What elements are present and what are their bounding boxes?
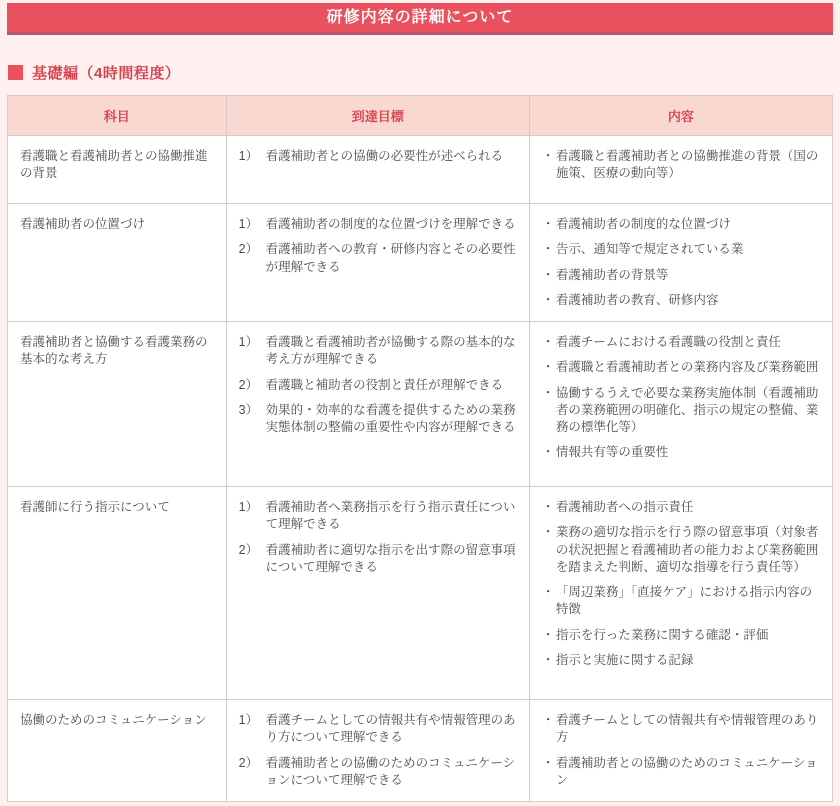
content-item: ・看護職と看護補助者との業務内容及び業務範囲: [542, 359, 822, 376]
bullet-dot-icon: ・: [542, 499, 556, 516]
bullet-dot-icon: ・: [542, 652, 556, 669]
content-text: 看護補助者の教育、研修内容: [556, 292, 822, 309]
section-heading: 基礎編（4時間程度）: [8, 62, 833, 83]
goal-number: 2）: [239, 542, 266, 577]
red-square-icon: [8, 65, 23, 80]
content-text: 看護チームにおける看護職の役割と責任: [556, 334, 822, 351]
goal-text: 看護補助者へ業務指示を行う指示責任について理解できる: [266, 499, 519, 534]
subject-cell: 看護職と看護補助者との協働推進の背景: [8, 136, 227, 204]
content-text: 看護補助者の制度的な位置づけ: [556, 216, 822, 233]
content-item: ・看護補助者の背景等: [542, 267, 822, 284]
goal-number: 3）: [239, 402, 266, 437]
bullet-dot-icon: ・: [542, 524, 556, 576]
subject-text: 看護補助者と協働する看護業務の基本的な考え方: [20, 335, 208, 366]
column-header-goals: 到達目標: [226, 96, 529, 136]
goal-text: 看護職と補助者の役割と責任が理解できる: [266, 377, 519, 394]
content-text: 看護補助者への指示責任: [556, 499, 822, 516]
content-text: 情報共有等の重要性: [556, 444, 822, 461]
table-row: 看護師に行う指示について 1）看護補助者へ業務指示を行う指示責任について理解でき…: [8, 487, 833, 700]
subject-cell: 看護補助者と協働する看護業務の基本的な考え方: [8, 322, 227, 487]
bullet-dot-icon: ・: [542, 627, 556, 644]
goal-item: 1）看護チームとしての情報共有や情報管理のあり方について理解できる: [239, 712, 519, 747]
page-title: 研修内容の詳細について: [327, 9, 514, 26]
content-text: 看護チームとしての情報共有や情報管理のあり方: [556, 712, 822, 747]
table-row: 看護補助者の位置づけ 1）看護補助者の制度的な位置づけを理解できる2）看護補助者…: [8, 204, 833, 322]
bullet-dot-icon: ・: [542, 267, 556, 284]
goal-number: 2）: [239, 241, 266, 276]
content-item: ・情報共有等の重要性: [542, 444, 822, 461]
goal-item: 2）看護補助者への教育・研修内容とその必要性が理解できる: [239, 241, 519, 276]
bullet-dot-icon: ・: [542, 385, 556, 437]
subject-text: 看護補助者の位置づけ: [20, 217, 145, 231]
subject-text: 看護職と看護補助者との協働推進の背景: [20, 149, 208, 180]
content-text: 告示、通知等で規定されている業: [556, 241, 822, 258]
content-item: ・「周辺業務」「直接ケア」における指示内容の特徴: [542, 584, 822, 619]
content-text: 看護職と看護補助者との協働推進の背景（国の施策、医療の動向等）: [556, 148, 822, 183]
bullet-dot-icon: ・: [542, 148, 556, 183]
goal-item: 3）効果的・効率的な看護を提供するための業務実態体制の整備の重要性や内容が理解で…: [239, 402, 519, 437]
content-text: 看護補助者の背景等: [556, 267, 822, 284]
contents-cell: ・看護チームにおける看護職の役割と責任・看護職と看護補助者との業務内容及び業務範…: [529, 322, 832, 487]
subject-cell: 看護補助者の位置づけ: [8, 204, 227, 322]
content-item: ・看護職と看護補助者との協働推進の背景（国の施策、医療の動向等）: [542, 148, 822, 183]
content-item: ・告示、通知等で規定されている業: [542, 241, 822, 258]
goals-cell: 1）看護チームとしての情報共有や情報管理のあり方について理解できる2）看護補助者…: [226, 700, 529, 802]
content-text: 看護職と看護補助者との業務内容及び業務範囲: [556, 359, 822, 376]
goal-item: 1）看護補助者との協働の必要性が述べられる: [239, 148, 519, 165]
content-text: 指示を行った業務に関する確認・評価: [556, 627, 822, 644]
bullet-dot-icon: ・: [542, 334, 556, 351]
content-item: ・協働するうえで必要な業務実施体制（看護補助者の業務範囲の明確化、指示の規定の整…: [542, 385, 822, 437]
goal-number: 1）: [239, 148, 266, 165]
goal-text: 効果的・効率的な看護を提供するための業務実態体制の整備の重要性や内容が理解できる: [266, 402, 519, 437]
content-text: 業務の適切な指示を行う際の留意事項（対象者の状況把握と看護補助者の能力および業務…: [556, 524, 822, 576]
content-item: ・看護補助者との協働のためのコミュニケーション: [542, 755, 822, 790]
subject-cell: 協働のためのコミュニケーション: [8, 700, 227, 802]
page: 研修内容の詳細について 基礎編（4時間程度） 科目 到達目標 内容 看護職と看護…: [0, 0, 840, 806]
goal-text: 看護補助者との協働の必要性が述べられる: [266, 148, 519, 165]
page-title-banner: 研修内容の詳細について: [7, 3, 833, 35]
table-row: 看護職と看護補助者との協働推進の背景 1）看護補助者との協働の必要性が述べられる…: [8, 136, 833, 204]
contents-cell: ・看護チームとしての情報共有や情報管理のあり方・看護補助者との協働のためのコミュ…: [529, 700, 832, 802]
content-text: 指示と実施に関する記録: [556, 652, 822, 669]
section-heading-label: 基礎編（4時間程度）: [32, 62, 180, 83]
content-item: ・看護補助者の制度的な位置づけ: [542, 216, 822, 233]
table-body: 看護職と看護補助者との協働推進の背景 1）看護補助者との協働の必要性が述べられる…: [8, 136, 833, 802]
contents-cell: ・看護補助者への指示責任・業務の適切な指示を行う際の留意事項（対象者の状況把握と…: [529, 487, 832, 700]
subject-text: 協働のためのコミュニケーション: [20, 713, 207, 727]
goals-cell: 1）看護職と看護補助者が協働する際の基本的な考え方が理解できる2）看護職と補助者…: [226, 322, 529, 487]
content-text: 協働するうえで必要な業務実施体制（看護補助者の業務範囲の明確化、指示の規定の整備…: [556, 385, 822, 437]
goal-number: 1）: [239, 216, 266, 233]
goal-number: 1）: [239, 499, 266, 534]
goals-cell: 1）看護補助者との協働の必要性が述べられる: [226, 136, 529, 204]
goal-text: 看護職と看護補助者が協働する際の基本的な考え方が理解できる: [266, 334, 519, 369]
content-item: ・業務の適切な指示を行う際の留意事項（対象者の状況把握と看護補助者の能力および業…: [542, 524, 822, 576]
goal-number: 2）: [239, 377, 266, 394]
goal-text: 看護補助者への教育・研修内容とその必要性が理解できる: [266, 241, 519, 276]
goal-text: 看護チームとしての情報共有や情報管理のあり方について理解できる: [266, 712, 519, 747]
goal-item: 2）看護職と補助者の役割と責任が理解できる: [239, 377, 519, 394]
column-header-contents: 内容: [529, 96, 832, 136]
goal-number: 1）: [239, 712, 266, 747]
goal-text: 看護補助者との協働のためのコミュニケーションについて理解できる: [266, 755, 519, 790]
bullet-dot-icon: ・: [542, 755, 556, 790]
content-text: 「周辺業務」「直接ケア」における指示内容の特徴: [556, 584, 822, 619]
bullet-dot-icon: ・: [542, 216, 556, 233]
goal-item: 1）看護職と看護補助者が協働する際の基本的な考え方が理解できる: [239, 334, 519, 369]
goal-item: 2）看護補助者との協働のためのコミュニケーションについて理解できる: [239, 755, 519, 790]
content-item: ・指示を行った業務に関する確認・評価: [542, 627, 822, 644]
goals-cell: 1）看護補助者の制度的な位置づけを理解できる2）看護補助者への教育・研修内容とそ…: [226, 204, 529, 322]
bullet-dot-icon: ・: [542, 241, 556, 258]
goal-text: 看護補助者に適切な指示を出す際の留意事項について理解できる: [266, 542, 519, 577]
content-item: ・看護チームとしての情報共有や情報管理のあり方: [542, 712, 822, 747]
bullet-dot-icon: ・: [542, 292, 556, 309]
goal-item: 1）看護補助者の制度的な位置づけを理解できる: [239, 216, 519, 233]
goal-item: 1）看護補助者へ業務指示を行う指示責任について理解できる: [239, 499, 519, 534]
bullet-dot-icon: ・: [542, 584, 556, 619]
bullet-dot-icon: ・: [542, 359, 556, 376]
bullet-dot-icon: ・: [542, 444, 556, 461]
content-item: ・看護補助者への指示責任: [542, 499, 822, 516]
content-text: 看護補助者との協働のためのコミュニケーション: [556, 755, 822, 790]
goal-text: 看護補助者の制度的な位置づけを理解できる: [266, 216, 519, 233]
table-row: 協働のためのコミュニケーション 1）看護チームとしての情報共有や情報管理のあり方…: [8, 700, 833, 802]
goal-number: 2）: [239, 755, 266, 790]
contents-cell: ・看護職と看護補助者との協働推進の背景（国の施策、医療の動向等）: [529, 136, 832, 204]
bullet-dot-icon: ・: [542, 712, 556, 747]
table-header-row: 科目 到達目標 内容: [8, 96, 833, 136]
content-item: ・看護補助者の教育、研修内容: [542, 292, 822, 309]
goal-item: 2）看護補助者に適切な指示を出す際の留意事項について理解できる: [239, 542, 519, 577]
goals-cell: 1）看護補助者へ業務指示を行う指示責任について理解できる2）看護補助者に適切な指…: [226, 487, 529, 700]
contents-cell: ・看護補助者の制度的な位置づけ・告示、通知等で規定されている業・看護補助者の背景…: [529, 204, 832, 322]
subject-text: 看護師に行う指示について: [20, 500, 170, 514]
training-curriculum-table: 科目 到達目標 内容 看護職と看護補助者との協働推進の背景 1）看護補助者との協…: [7, 95, 833, 802]
content-item: ・指示と実施に関する記録: [542, 652, 822, 669]
subject-cell: 看護師に行う指示について: [8, 487, 227, 700]
goal-number: 1）: [239, 334, 266, 369]
table-row: 看護補助者と協働する看護業務の基本的な考え方 1）看護職と看護補助者が協働する際…: [8, 322, 833, 487]
content-item: ・看護チームにおける看護職の役割と責任: [542, 334, 822, 351]
column-header-subject: 科目: [8, 96, 227, 136]
